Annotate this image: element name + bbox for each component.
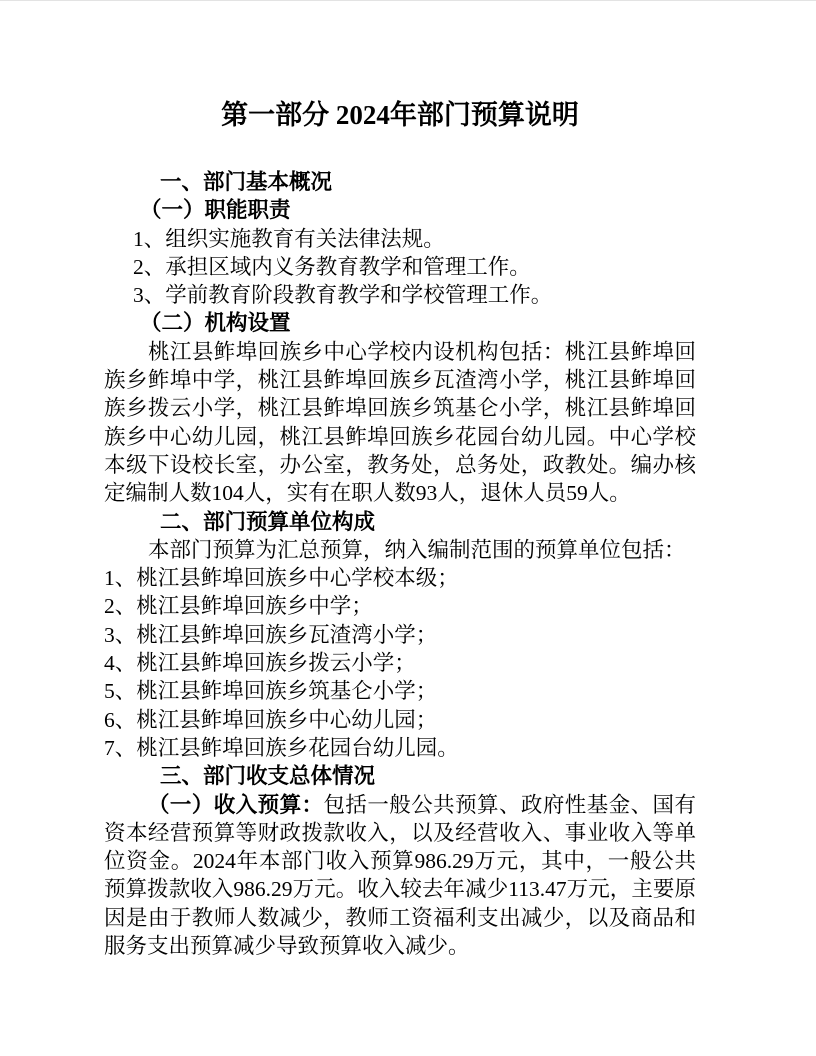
paragraph-text: 3、学前教育阶段教育教学和学校管理工作。 (133, 283, 552, 307)
doc-block-h1: 二、部门预算单位构成 (104, 508, 696, 536)
doc-block-h2: （一）职能职责 (104, 196, 696, 224)
paragraph-text: （一）职能职责 (140, 198, 291, 222)
document-content: 第一部分 2024年部门预算说明 一、部门基本概况（一）职能职责1、组织实施教育… (104, 1, 696, 960)
doc-block-h1: 三、部门收支总体情况 (104, 762, 696, 790)
doc-block-list: 1、桃江县鲊埠回族乡中心学校本级； (104, 564, 696, 592)
paragraph-text: 包括一般公共预算、政府性基金、国有资本经营预算等财政拨款收入，以及经营收入、事业… (104, 793, 696, 958)
doc-block-list: 3、桃江县鲊埠回族乡瓦渣湾小学； (104, 621, 696, 649)
paragraph-text: 4、桃江县鲊埠回族乡拨云小学； (104, 651, 416, 675)
document-page: 第一部分 2024年部门预算说明 一、部门基本概况（一）职能职责1、组织实施教育… (0, 0, 816, 1056)
paragraph-text: 3、桃江县鲊埠回族乡瓦渣湾小学； (104, 623, 437, 647)
doc-block-para: （一）收入预算：包括一般公共预算、政府性基金、国有资本经营预算等财政拨款收入，以… (104, 791, 696, 961)
paragraph-text: 本部门预算为汇总预算，纳入编制范围的预算单位包括： (148, 538, 686, 562)
doc-block-sub: 2、承担区域内义务教育教学和管理工作。 (104, 253, 696, 281)
doc-block-sub: 3、学前教育阶段教育教学和学校管理工作。 (104, 281, 696, 309)
doc-block-h2: （二）机构设置 (104, 309, 696, 337)
paragraph-text: 5、桃江县鲊埠回族乡筑基仑小学； (104, 679, 437, 703)
document-body: 一、部门基本概况（一）职能职责1、组织实施教育有关法律法规。2、承担区域内义务教… (104, 168, 696, 960)
paragraph-text: 6、桃江县鲊埠回族乡中心幼儿园； (104, 708, 437, 732)
paragraph-text: 2、承担区域内义务教育教学和管理工作。 (133, 255, 531, 279)
document-title: 第一部分 2024年部门预算说明 (104, 98, 696, 132)
doc-block-h1: 一、部门基本概况 (104, 168, 696, 196)
doc-block-list: 7、桃江县鲊埠回族乡花园台幼儿园。 (104, 734, 696, 762)
paragraph-text: 一、部门基本概况 (160, 170, 332, 194)
paragraph-text: 2、桃江县鲊埠回族乡中学； (104, 594, 373, 618)
paragraph-text: （二）机构设置 (140, 311, 291, 335)
doc-block-para: 桃江县鲊埠回族乡中心学校内设机构包括：桃江县鲊埠回族乡鲊埠中学，桃江县鲊埠回族乡… (104, 338, 696, 508)
paragraph-text: 三、部门收支总体情况 (160, 764, 375, 788)
doc-block-sub: 1、组织实施教育有关法律法规。 (104, 225, 696, 253)
doc-block-list: 6、桃江县鲊埠回族乡中心幼儿园； (104, 706, 696, 734)
paragraph-text: 桃江县鲊埠回族乡中心学校内设机构包括：桃江县鲊埠回族乡鲊埠中学，桃江县鲊埠回族乡… (104, 340, 696, 505)
doc-block-list: 5、桃江县鲊埠回族乡筑基仑小学； (104, 677, 696, 705)
paragraph-text: 二、部门预算单位构成 (160, 510, 375, 534)
paragraph-lead: （一）收入预算： (148, 793, 324, 817)
doc-block-para: 本部门预算为汇总预算，纳入编制范围的预算单位包括： (104, 536, 696, 564)
paragraph-text: 1、桃江县鲊埠回族乡中心学校本级； (104, 566, 459, 590)
doc-block-list: 2、桃江县鲊埠回族乡中学； (104, 592, 696, 620)
paragraph-text: 7、桃江县鲊埠回族乡花园台幼儿园。 (104, 736, 459, 760)
doc-block-list: 4、桃江县鲊埠回族乡拨云小学； (104, 649, 696, 677)
paragraph-text: 1、组织实施教育有关法律法规。 (133, 227, 445, 251)
